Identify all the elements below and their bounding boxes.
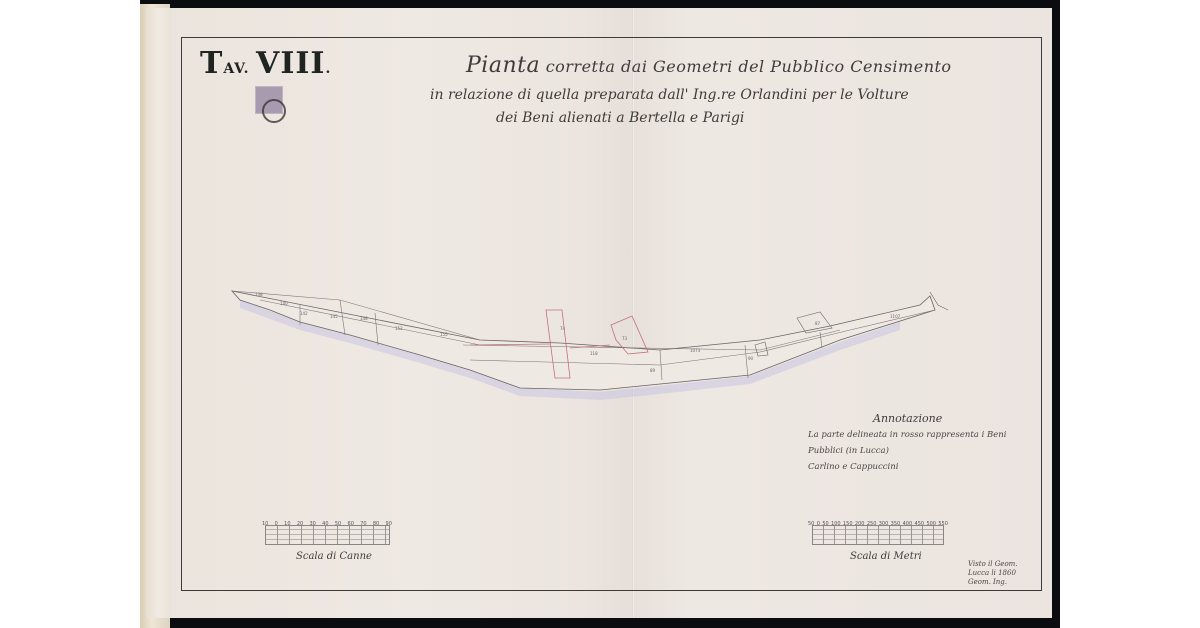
scale-canne-label: Scala di Canne (296, 551, 372, 562)
parcel-number-label: 73 (622, 336, 628, 341)
parcel-number-label: 89 (650, 368, 656, 373)
cadastral-map: 1381401421451481521557411873891073871107… (0, 0, 1200, 628)
signature-line-3: Geom. Ing. (968, 578, 1018, 587)
scale-canne-bar (265, 525, 390, 545)
parcel-number-label: 140 (280, 301, 288, 306)
annotation-body: La parte delineata in rosso rappresenta … (808, 427, 1038, 475)
signature-line-2: Lucca li 1860 (968, 569, 1018, 578)
parcel-outline (232, 291, 935, 390)
parcel-number-label: 152 (395, 326, 403, 331)
scale-metri-bar (812, 525, 944, 545)
parcel-number-label: 145 (330, 314, 338, 319)
parcel-number-label: 118 (590, 351, 598, 356)
parcel-number-label: 87 (815, 321, 821, 326)
annotation-line-1: La parte delineata in rosso rappresenta … (808, 427, 1038, 459)
scale-metri-label: Scala di Metri (850, 551, 922, 562)
signature-line-1: Visto il Geom. (968, 560, 1018, 569)
annotation-line-2: Carlino e Cappuccini (808, 459, 1038, 475)
parcel-number-label: 74 (560, 326, 566, 331)
signature-block: Visto il Geom. Lucca li 1860 Geom. Ing. (968, 560, 1018, 587)
annotation-title: Annotazione (873, 412, 942, 425)
parcel-number-label: 142 (300, 311, 308, 316)
parcel-number-label: 138 (255, 292, 263, 297)
parcel-number-label: 155 (440, 332, 448, 337)
parcel-number-label: 148 (360, 316, 368, 321)
parcel-number-label: 90 (748, 356, 754, 361)
parcel-number-label: 1073 (690, 348, 701, 353)
parcel-number-label: 1107 (890, 314, 901, 319)
